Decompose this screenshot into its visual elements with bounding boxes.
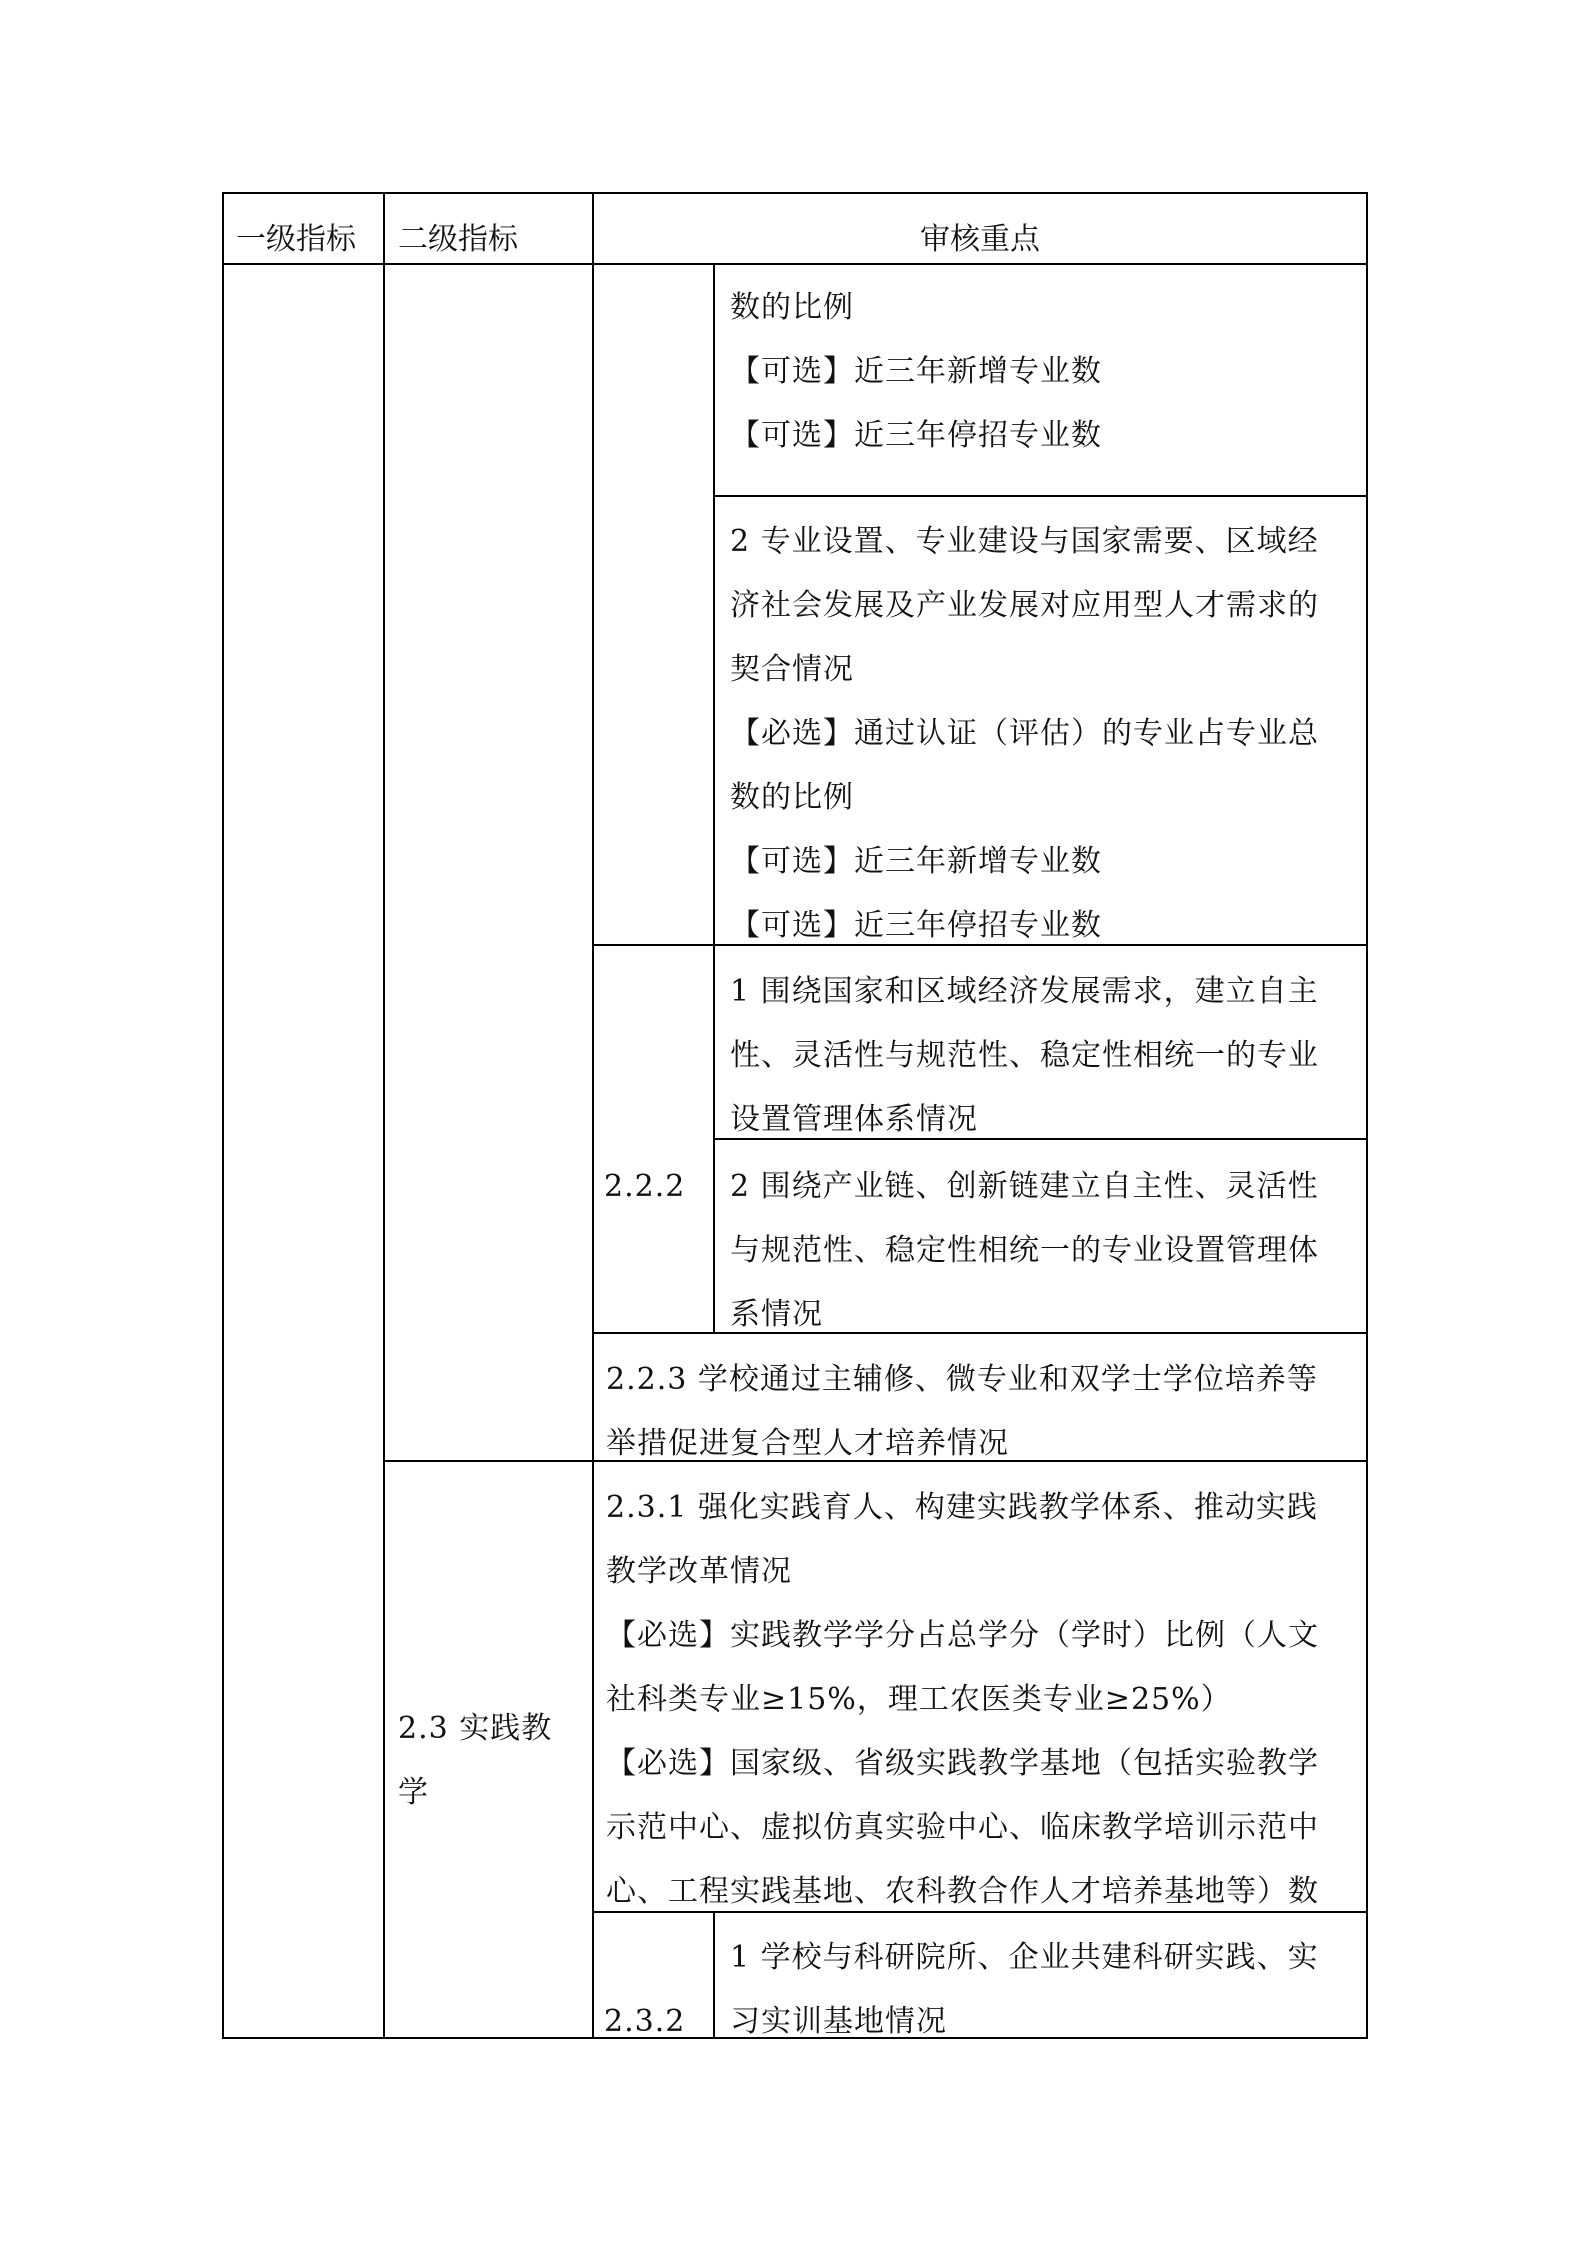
table-left-border	[222, 192, 224, 2039]
text-line: 性、灵活性与规范性、稳定性相统一的专业	[730, 1024, 1319, 1088]
table-top-border	[222, 192, 1368, 194]
text-line: 【可选】近三年新增专业数	[730, 830, 1102, 894]
row-divider-2-2-3-top	[592, 1332, 1368, 1334]
text-line: 习实训基地情况	[730, 1990, 947, 2054]
text-line: 契合情况	[730, 638, 854, 702]
col-divider-1	[383, 192, 385, 2039]
table-right-border	[1366, 192, 1368, 2039]
header-level1-indicator: 一级指标	[236, 220, 356, 260]
text-line: 设置管理体系情况	[730, 1088, 978, 1152]
text-line: 【必选】通过认证（评估）的专业占专业总	[730, 702, 1319, 766]
text-line: 1 围绕国家和区域经济发展需求，建立自主	[730, 960, 1319, 1024]
text-line: 2 专业设置、专业建设与国家需要、区域经	[730, 510, 1319, 574]
header-review-focus: 审核重点	[920, 220, 1040, 260]
text-line: 系情况	[730, 1283, 823, 1347]
col-divider-2	[592, 192, 594, 2039]
text-line: 数的比例	[730, 766, 854, 830]
text-line: 【可选】近三年新增专业数	[730, 340, 1102, 404]
code-col-divider-b	[713, 1911, 715, 2039]
text-line: 1 学校与科研院所、企业共建科研实践、实	[730, 1926, 1319, 1990]
text-line: 2.3.1 强化实践育人、构建实践教学体系、推动实践	[606, 1476, 1318, 1540]
header-divider	[222, 263, 1368, 265]
text-line: 【必选】实践教学学分占总学分（学时）比例（人文	[606, 1604, 1319, 1668]
text-line: 举措促进复合型人才培养情况	[606, 1412, 1009, 1476]
header-level2-indicator: 二级指标	[398, 220, 518, 260]
text-line: 2.3 实践教	[398, 1697, 552, 1761]
text-line: 示范中心、虚拟仿真实验中心、临床教学培训示范中	[606, 1796, 1319, 1860]
text-line: 【可选】近三年停招专业数	[730, 404, 1102, 468]
code-2-2-2: 2.2.2	[604, 1155, 685, 1219]
text-line: 数的比例	[730, 276, 854, 340]
text-line: 【可选】近三年停招专业数	[730, 894, 1102, 958]
document-page: 一级指标 二级指标 审核重点 数的比例 【可选】近三年新增专业数 【可选】近三年…	[0, 0, 1587, 2245]
code-col-divider-a	[713, 263, 715, 1333]
text-line: 2 围绕产业链、创新链建立自主性、灵活性	[730, 1155, 1319, 1219]
text-line: 与规范性、稳定性相统一的专业设置管理体	[730, 1219, 1319, 1283]
text-line: 2.2.3 学校通过主辅修、微专业和双学士学位培养等	[606, 1348, 1318, 1412]
text-line: 【必选】国家级、省级实践教学基地（包括实验教学	[606, 1732, 1319, 1796]
text-line: 社科类专业≥15%，理工农医类专业≥25%）	[606, 1668, 1232, 1732]
text-line: 济社会发展及产业发展对应用型人才需求的	[730, 574, 1319, 638]
row-divider-block1	[713, 495, 1368, 497]
code-2-3-2: 2.3.2	[604, 1990, 685, 2054]
text-line: 学	[398, 1761, 429, 1825]
text-line: 教学改革情况	[606, 1540, 792, 1604]
text-line: 心、工程实践基地、农科教合作人才培养基地等）数	[606, 1860, 1319, 1924]
